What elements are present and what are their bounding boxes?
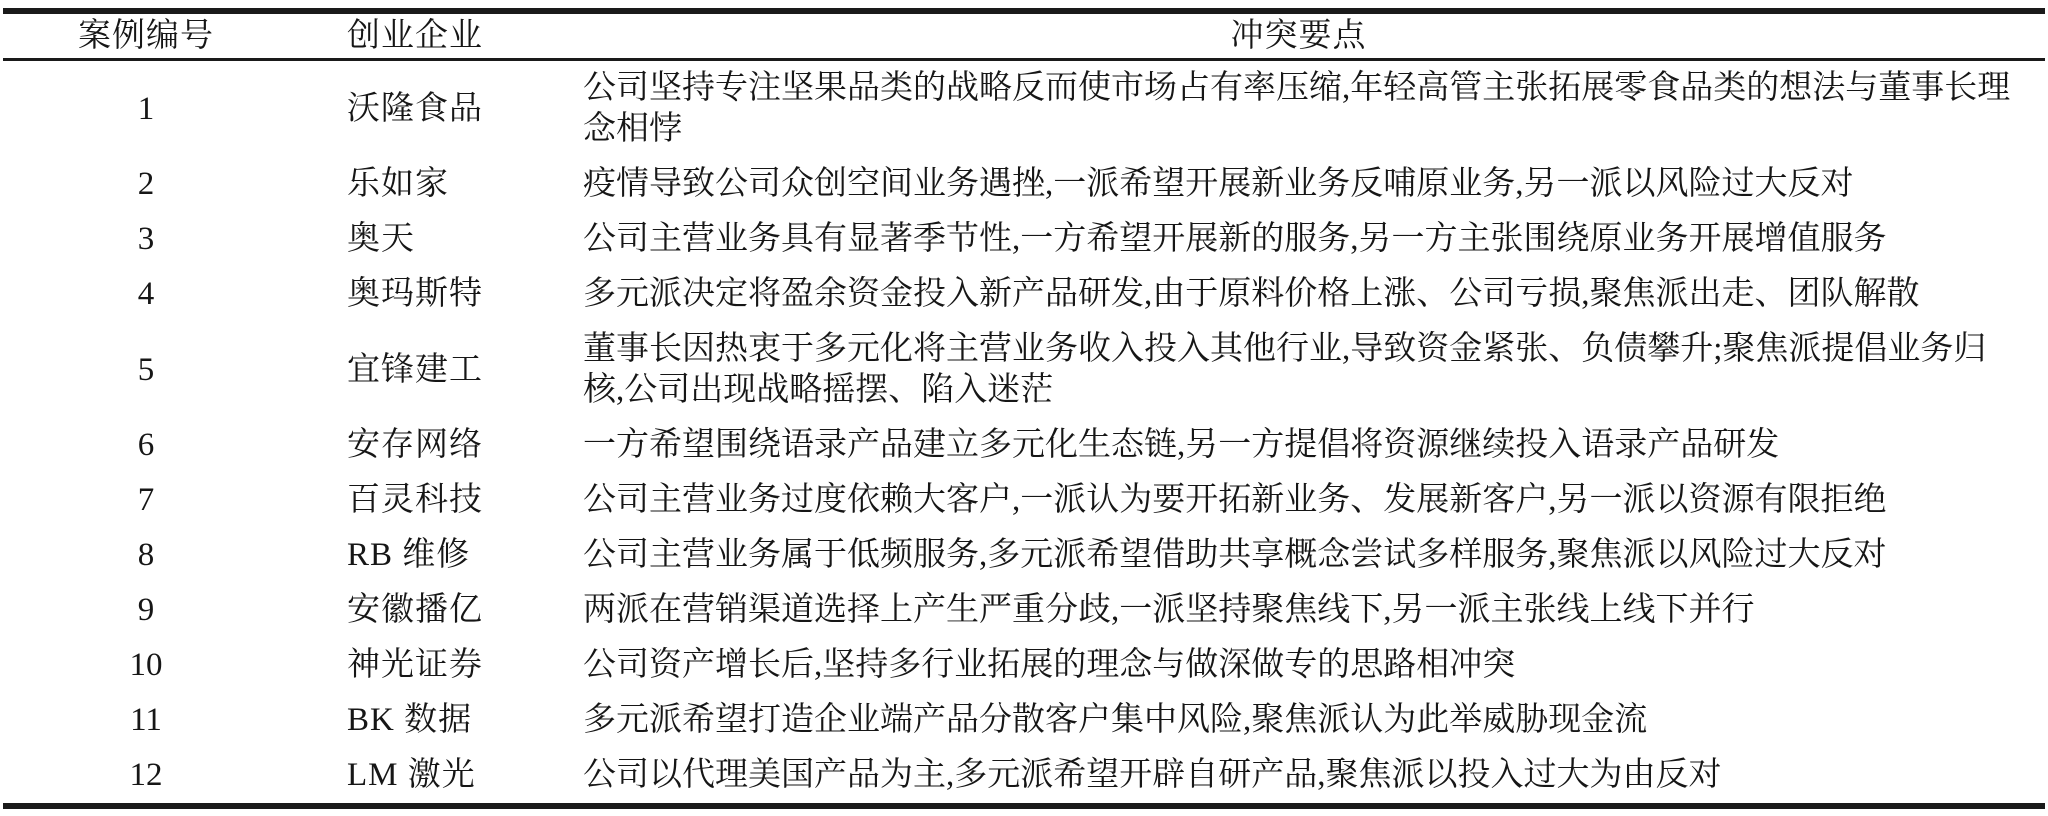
company-cell: 宜锋建工: [292, 350, 583, 391]
company-cell: RB 维修: [292, 535, 583, 576]
case-id-cell: 7: [0, 480, 292, 521]
case-id-cell: 1: [0, 89, 292, 130]
column-header-case-id: 案例编号: [0, 16, 292, 57]
table-bottom-rule: [3, 803, 2045, 809]
table-row: 6 安存网络 一方希望围绕语录产品建立多元化生态链,另一方提倡将资源继续投入语录…: [0, 418, 2048, 473]
table-row: 1 沃隆食品 公司坚持专注坚果品类的战略反而使市场占有率压缩,年轻高管主张拓展零…: [0, 61, 2048, 157]
company-cell: LM 激光: [292, 755, 583, 796]
conflict-cell: 两派在营销渠道选择上产生严重分歧,一派坚持聚焦线下,另一派主张线上线下并行: [583, 590, 2048, 631]
table-row: 11 BK 数据 多元派希望打造企业端产品分散客户集中风险,聚焦派认为此举威胁现…: [0, 693, 2048, 748]
conflict-cell: 董事长因热衷于多元化将主营业务收入投入其他行业,导致资金紧张、负债攀升;聚焦派提…: [583, 329, 2048, 411]
conflict-cell: 公司主营业务过度依赖大客户,一派认为要开拓新业务、发展新客户,另一派以资源有限拒…: [583, 480, 2048, 521]
table-row: 2 乐如家 疫情导致公司众创空间业务遇挫,一派希望开展新业务反哺原业务,另一派以…: [0, 157, 2048, 212]
company-cell: 奥天: [292, 219, 583, 260]
table-row: 3 奥天 公司主营业务具有显著季节性,一方希望开展新的服务,另一方主张围绕原业务…: [0, 212, 2048, 267]
company-cell: 安徽播亿: [292, 590, 583, 631]
column-header-conflict: 冲突要点: [583, 16, 2048, 57]
conflict-cell: 多元派希望打造企业端产品分散客户集中风险,聚焦派认为此举威胁现金流: [583, 700, 2048, 741]
company-cell: 安存网络: [292, 425, 583, 466]
conflict-cell: 公司以代理美国产品为主,多元派希望开辟自研产品,聚焦派以投入过大为由反对: [583, 755, 2048, 796]
table-row: 7 百灵科技 公司主营业务过度依赖大客户,一派认为要开拓新业务、发展新客户,另一…: [0, 473, 2048, 528]
conflict-cell: 公司坚持专注坚果品类的战略反而使市场占有率压缩,年轻高管主张拓展零食品类的想法与…: [583, 68, 2048, 150]
case-id-cell: 5: [0, 350, 292, 391]
company-cell: 神光证券: [292, 645, 583, 686]
conflict-cell: 公司资产增长后,坚持多行业拓展的理念与做深做专的思路相冲突: [583, 645, 2048, 686]
company-cell: 沃隆食品: [292, 89, 583, 130]
case-id-cell: 8: [0, 535, 292, 576]
table-row: 12 LM 激光 公司以代理美国产品为主,多元派希望开辟自研产品,聚焦派以投入过…: [0, 748, 2048, 803]
case-id-cell: 12: [0, 755, 292, 796]
case-id-cell: 11: [0, 700, 292, 741]
table-row: 9 安徽播亿 两派在营销渠道选择上产生严重分歧,一派坚持聚焦线下,另一派主张线上…: [0, 583, 2048, 638]
case-id-cell: 3: [0, 219, 292, 260]
company-cell: 乐如家: [292, 164, 583, 205]
company-cell: 百灵科技: [292, 480, 583, 521]
table-body: 1 沃隆食品 公司坚持专注坚果品类的战略反而使市场占有率压缩,年轻高管主张拓展零…: [0, 61, 2048, 803]
conflict-cell: 公司主营业务具有显著季节性,一方希望开展新的服务,另一方主张围绕原业务开展增值服…: [583, 219, 2048, 260]
table-row: 10 神光证券 公司资产增长后,坚持多行业拓展的理念与做深做专的思路相冲突: [0, 638, 2048, 693]
table-header-row: 案例编号 创业企业 冲突要点: [0, 14, 2048, 58]
table-row: 8 RB 维修 公司主营业务属于低频服务,多元派希望借助共享概念尝试多样服务,聚…: [0, 528, 2048, 583]
case-id-cell: 2: [0, 164, 292, 205]
table-row: 5 宜锋建工 董事长因热衷于多元化将主营业务收入投入其他行业,导致资金紧张、负债…: [0, 322, 2048, 418]
company-cell: BK 数据: [292, 700, 583, 741]
paper-table-page: 案例编号 创业企业 冲突要点 1 沃隆食品 公司坚持专注坚果品类的战略反而使市场…: [0, 0, 2048, 816]
case-id-cell: 4: [0, 274, 292, 315]
company-cell: 奥玛斯特: [292, 274, 583, 315]
table-row: 4 奥玛斯特 多元派决定将盈余资金投入新产品研发,由于原料价格上涨、公司亏损,聚…: [0, 267, 2048, 322]
case-table: 案例编号 创业企业 冲突要点 1 沃隆食品 公司坚持专注坚果品类的战略反而使市场…: [0, 8, 2048, 809]
case-id-cell: 6: [0, 425, 292, 466]
conflict-cell: 一方希望围绕语录产品建立多元化生态链,另一方提倡将资源继续投入语录产品研发: [583, 425, 2048, 466]
conflict-cell: 多元派决定将盈余资金投入新产品研发,由于原料价格上涨、公司亏损,聚焦派出走、团队…: [583, 274, 2048, 315]
column-header-company: 创业企业: [292, 16, 583, 57]
conflict-cell: 公司主营业务属于低频服务,多元派希望借助共享概念尝试多样服务,聚焦派以风险过大反…: [583, 535, 2048, 576]
case-id-cell: 10: [0, 645, 292, 686]
conflict-cell: 疫情导致公司众创空间业务遇挫,一派希望开展新业务反哺原业务,另一派以风险过大反对: [583, 164, 2048, 205]
case-id-cell: 9: [0, 590, 292, 631]
